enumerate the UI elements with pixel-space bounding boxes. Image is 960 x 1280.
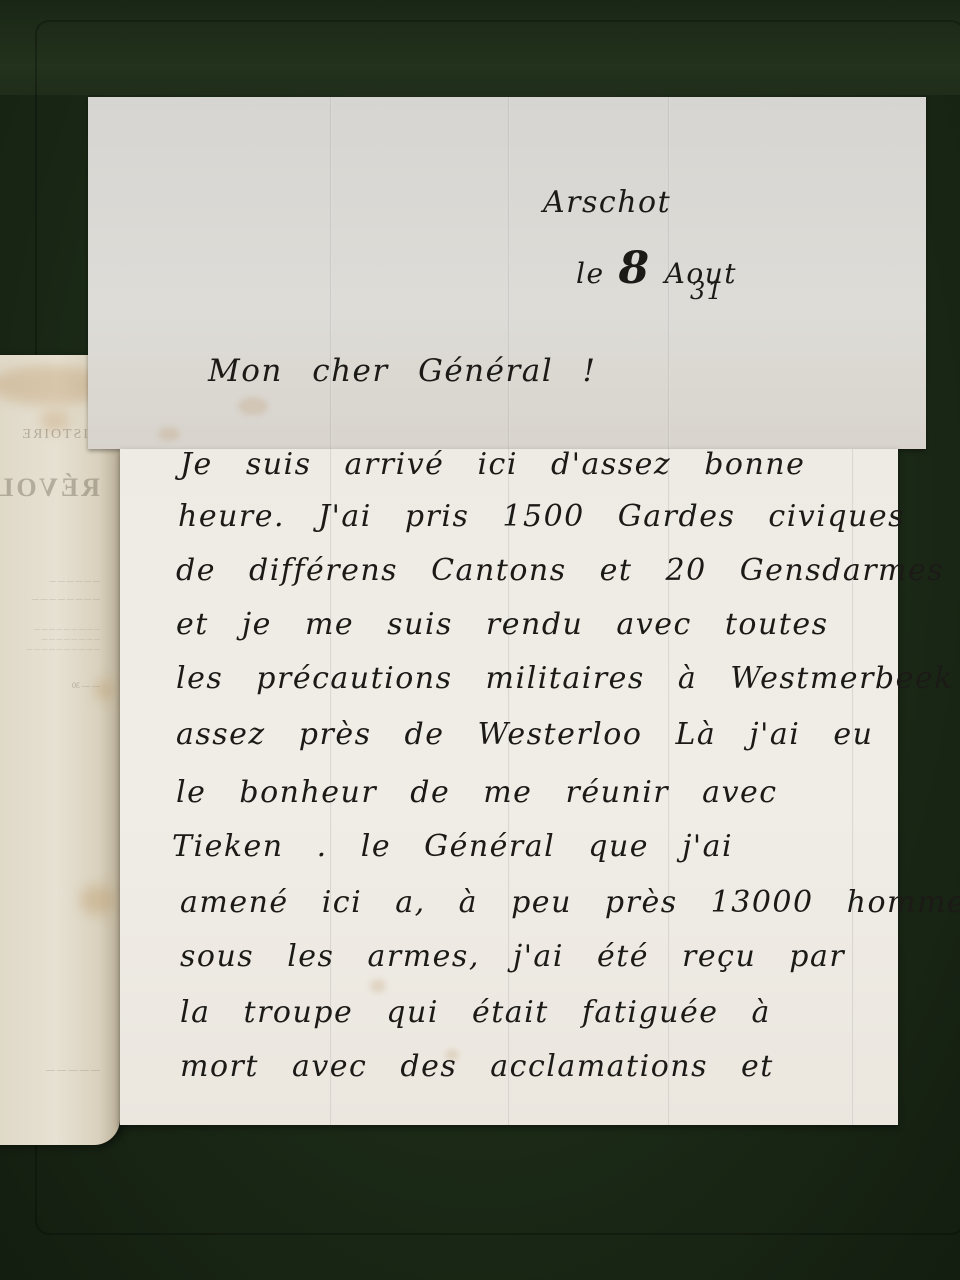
book-small-line: — — — — — — — — bbox=[0, 637, 100, 643]
letter-salutation: Mon cher Général ! bbox=[208, 353, 597, 389]
letter-line-2: heure. J'ai pris 1500 Gardes civiques bbox=[178, 499, 905, 534]
book-small-line: — — — — — — — — — bbox=[0, 627, 100, 633]
book-title-line-1: HISTOIRE bbox=[0, 427, 100, 443]
letter-line-4: et je me suis rendu avec toutes bbox=[176, 607, 828, 642]
paper-stain bbox=[158, 427, 180, 441]
book-small-line: — — — — — — — — — — bbox=[0, 647, 100, 653]
book-small-line: — — — — — — — — bbox=[0, 595, 100, 603]
letter-top-panel: Arschot le8Aout 31 Mon cher Général ! bbox=[88, 97, 926, 449]
letter-line-5: les précautions militaires à Westmerbeek bbox=[176, 661, 954, 696]
letter-line-11: la troupe qui était fatiguée à bbox=[180, 995, 771, 1030]
book-small-line: — — 30 bbox=[0, 681, 100, 690]
date-prefix: le bbox=[576, 257, 605, 290]
book-small-line: — — — — — bbox=[0, 1065, 100, 1075]
letter-line-7: le bonheur de me réunir avec bbox=[176, 775, 778, 810]
letter-line-3: de différens Cantons et 20 Gensdarmes bbox=[176, 553, 944, 588]
letter-bottom-panel: Je suis arrivé ici d'assez bonne heure. … bbox=[120, 449, 898, 1125]
book-title-line-2: RÉVOLU bbox=[0, 473, 100, 503]
letter: Arschot le8Aout 31 Mon cher Général ! Je… bbox=[88, 97, 926, 1125]
date-year: 31 bbox=[690, 277, 724, 305]
fold-line bbox=[508, 97, 510, 449]
letter-line-10: sous les armes, j'ai été reçu par bbox=[180, 939, 845, 974]
letter-line-12: mort avec des acclamations et bbox=[180, 1049, 774, 1084]
date-day: 8 bbox=[619, 243, 651, 294]
fold-line bbox=[330, 97, 332, 449]
letter-place: Arschot bbox=[543, 185, 671, 220]
letter-line-8: Tieken . le Général que j'ai bbox=[172, 829, 733, 864]
letter-line-1: Je suis arrivé ici d'assez bonne bbox=[180, 447, 805, 482]
fold-line bbox=[852, 449, 854, 1125]
paper-stain bbox=[238, 397, 268, 415]
book-small-line: — — — — — — bbox=[0, 577, 100, 585]
letter-line-9: amené ici a, à peu près 13000 hommes bbox=[180, 885, 960, 920]
letter-line-6: assez près de Westerloo Là j'ai eu bbox=[176, 717, 873, 752]
paper-stain bbox=[370, 979, 386, 993]
